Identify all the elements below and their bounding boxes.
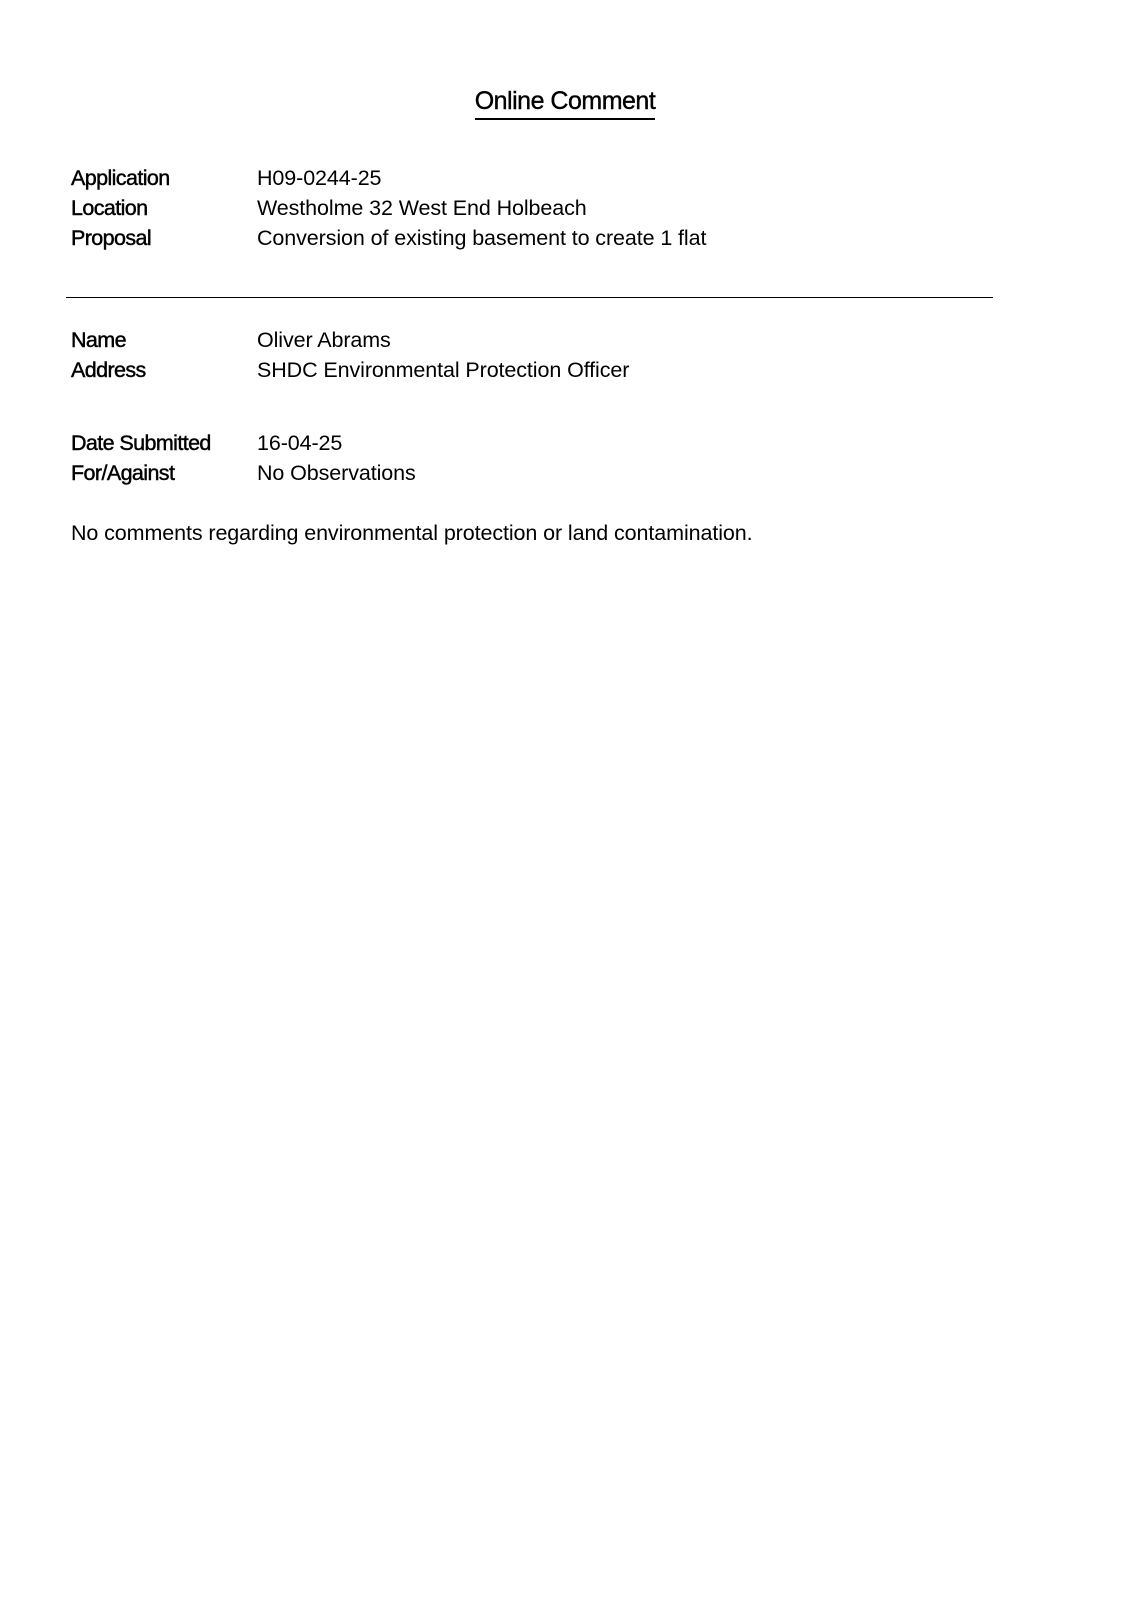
field-label: Name — [71, 325, 257, 355]
field-row-date-submitted: Date Submitted 16-04-25 — [71, 428, 416, 458]
application-details: Application H09-0244-25 Location Westhol… — [71, 163, 706, 253]
field-value: H09-0244-25 — [257, 163, 381, 193]
field-label: Location — [71, 193, 257, 223]
field-row-application: Application H09-0244-25 — [71, 163, 706, 193]
commenter-details: Name Oliver Abrams Address SHDC Environm… — [71, 325, 629, 385]
field-value: Oliver Abrams — [257, 325, 391, 355]
field-value: Westholme 32 West End Holbeach — [257, 193, 587, 223]
field-row-for-against: For/Against No Observations — [71, 458, 416, 488]
field-row-location: Location Westholme 32 West End Holbeach — [71, 193, 706, 223]
document-title: Online Comment — [0, 86, 1130, 120]
submission-details: Date Submitted 16-04-25 For/Against No O… — [71, 428, 416, 488]
field-label: Proposal — [71, 223, 257, 253]
field-value: No Observations — [257, 458, 416, 488]
field-value: 16-04-25 — [257, 428, 342, 458]
field-label: For/Against — [71, 458, 257, 488]
field-label: Address — [71, 355, 257, 385]
field-value: Conversion of existing basement to creat… — [257, 223, 706, 253]
field-row-proposal: Proposal Conversion of existing basement… — [71, 223, 706, 253]
field-label: Application — [71, 163, 257, 193]
field-value: SHDC Environmental Protection Officer — [257, 355, 629, 385]
document-title-text: Online Comment — [475, 86, 656, 120]
field-row-address: Address SHDC Environmental Protection Of… — [71, 355, 629, 385]
field-label: Date Submitted — [71, 428, 257, 458]
field-row-name: Name Oliver Abrams — [71, 325, 629, 355]
section-divider — [66, 297, 993, 298]
comment-text: No comments regarding environmental prot… — [71, 518, 752, 548]
